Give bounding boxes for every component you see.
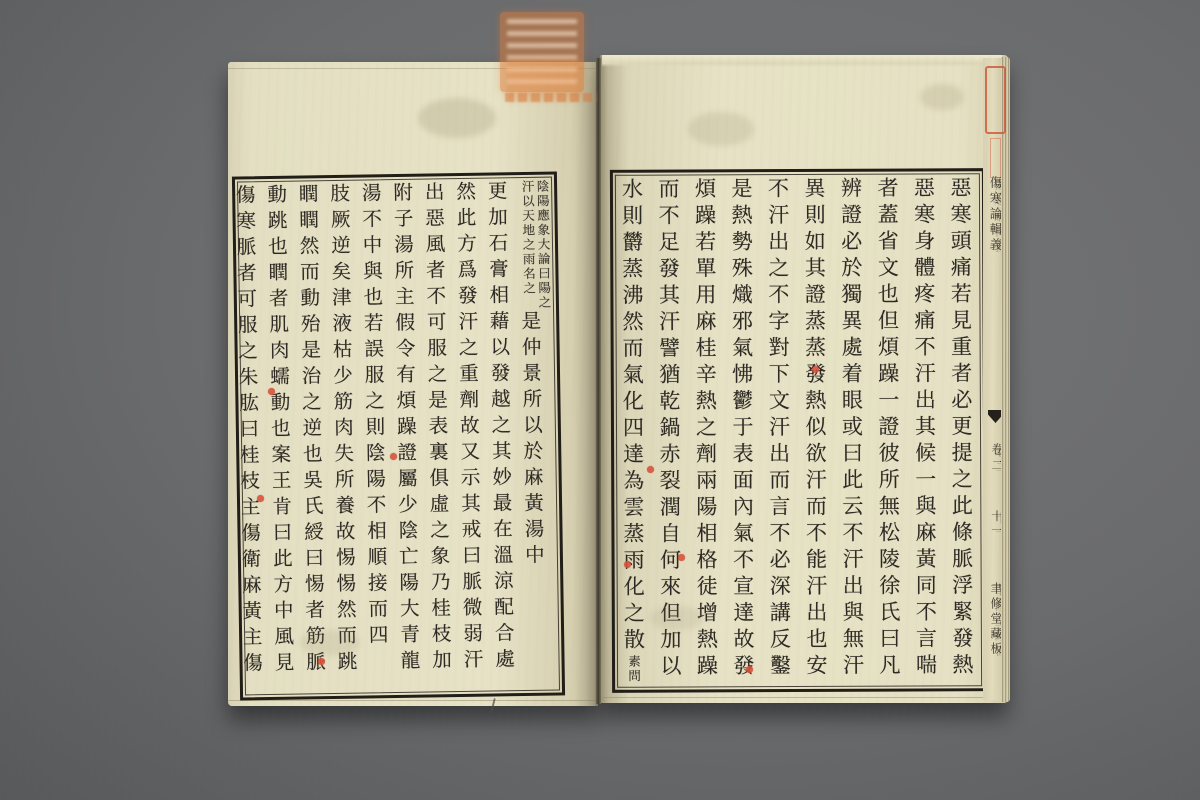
note-column-right: 陰陽應象大論曰陽之 [535,180,552,311]
text-column: 者蓋省文也但煩躁一證彼所無松陵徐氏曰凡 [868,175,907,686]
interlinear-note: 陰陽應象大論曰陽之汗以天地之雨名之 [520,180,552,311]
paper-stain [418,98,496,138]
paper-stain [650,606,704,630]
vermilion-dot [257,495,264,502]
text-column: 惡寒身體疼痛不汗出其候一與麻黃同不言喘 [905,174,944,685]
stacked-page-edges [1001,57,1010,702]
watermark-url-text [505,93,597,102]
vermilion-dot [624,561,631,568]
paper-stain [688,112,754,146]
vermilion-dot [812,366,819,373]
text-column: 惡寒頭痛若見重者必更提之此條脈浮緊發熱 [941,174,980,685]
text-column-with-quote-note: 陰陽應象大論曰陽之汗以天地之雨名之是仲景所以於麻黃湯中 [511,178,558,691]
vermilion-dot [746,666,753,673]
left-page-text-frame: 陰陽應象大論曰陽之汗以天地之雨名之是仲景所以於麻黃湯中 更加石膏相藉以發越之其妙… [232,171,565,700]
left-page-columns: 陰陽應象大論曰陽之汗以天地之雨名之是仲景所以於麻黃湯中 更加石膏相藉以發越之其妙… [239,178,558,695]
paper-stain [300,630,360,656]
interlinear-note: 素問 [626,655,641,684]
text-column: 辨證必於獨異處着眼或曰此云不汗出與無汗 [832,175,871,686]
vermilion-dot [318,658,325,665]
note-column: 素問 [626,655,641,684]
page-top-edge [602,55,1002,67]
note-column-left: 汗以天地之雨名之 [520,180,537,311]
vermilion-dot [678,554,685,561]
text-column: 是熱勢殊熾邪氣怫鬱于表面內氣不宣達故發 [722,175,761,686]
photograph-background: 惡寒頭痛若見重者必更提之此條脈浮緊發熱 惡寒身體疼痛不汗出其候一與麻黃同不言喘 … [0,0,1200,800]
text-column: 異則如其證蒸蒸發熱似欲汗而不能汗出也安 [795,175,834,686]
vermilion-dot [647,466,654,473]
vermilion-dot [268,388,275,395]
column-main-text: 水則欝蒸沸然而氣化四達為雲蒸雨化之散 [619,178,645,655]
red-edge-stamp [985,66,1006,134]
vermilion-dot [390,453,397,460]
paper-stain [920,84,964,110]
column-main-text: 是仲景所以於麻黃湯中 [518,310,545,570]
text-column: 不汗出之不字對下文汗出而言不必深講反鑿 [759,175,798,686]
text-column-with-source-note: 水則欝蒸沸然而氣化四達為雲蒸雨化之散素問 [613,176,652,687]
book-spine-gutter [596,58,601,704]
